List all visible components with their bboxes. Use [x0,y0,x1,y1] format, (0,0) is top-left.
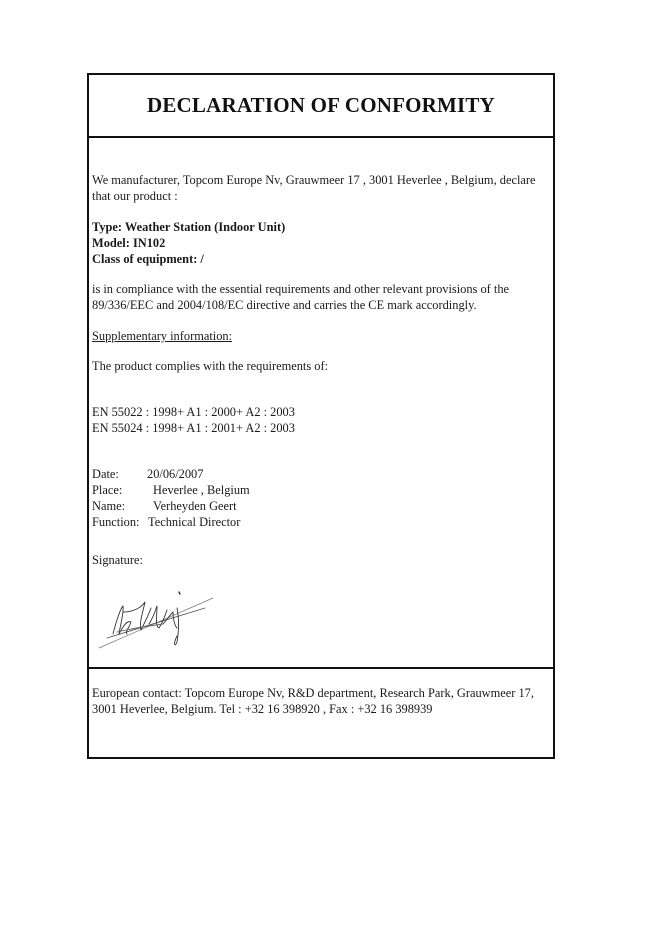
body-section: We manufacturer, Topcom Europe Nv, Grauw… [89,138,553,669]
date-label: Date: [92,466,119,482]
intro-line-2: that our product : [92,188,178,204]
product-class: Class of equipment: / [92,251,204,267]
product-type: Type: Weather Station (Indoor Unit) [92,219,285,235]
function-value: Technical Director [148,514,240,530]
document-title: DECLARATION OF CONFORMITY [147,93,495,118]
function-label: Function: [92,514,140,530]
signature-label: Signature: [92,552,143,568]
footer-line-2: 3001 Heverlee, Belgium. Tel : +32 16 398… [92,701,433,717]
standard-1: EN 55022 : 1998+ A1 : 2000+ A2 : 2003 [92,404,295,420]
place-label: Place: [92,482,122,498]
name-value: Verheyden Geert [153,498,237,514]
title-section: DECLARATION OF CONFORMITY [89,75,553,138]
date-row: Date: 20/06/2007 [92,466,119,482]
standard-2: EN 55024 : 1998+ A1 : 2001+ A2 : 2003 [92,420,295,436]
supplementary-heading: Supplementary information: [92,328,232,344]
signature-image [93,578,233,663]
date-value: 20/06/2007 [147,466,203,482]
product-model: Model: IN102 [92,235,165,251]
intro-line-1: We manufacturer, Topcom Europe Nv, Grauw… [92,172,536,188]
requirements-intro: The product complies with the requiremen… [92,358,328,374]
place-row: Place: Heverlee , Belgium [92,482,122,498]
footer-line-1: European contact: Topcom Europe Nv, R&D … [92,685,534,701]
footer-section: European contact: Topcom Europe Nv, R&D … [89,669,553,757]
compliance-line-2: 89/336/EEC and 2004/108/EC directive and… [92,297,477,313]
function-row: Function: Technical Director [92,514,140,530]
name-row: Name: Verheyden Geert [92,498,125,514]
compliance-line-1: is in compliance with the essential requ… [92,281,509,297]
place-value: Heverlee , Belgium [153,482,250,498]
name-label: Name: [92,498,125,514]
declaration-document: DECLARATION OF CONFORMITY We manufacture… [87,73,555,759]
